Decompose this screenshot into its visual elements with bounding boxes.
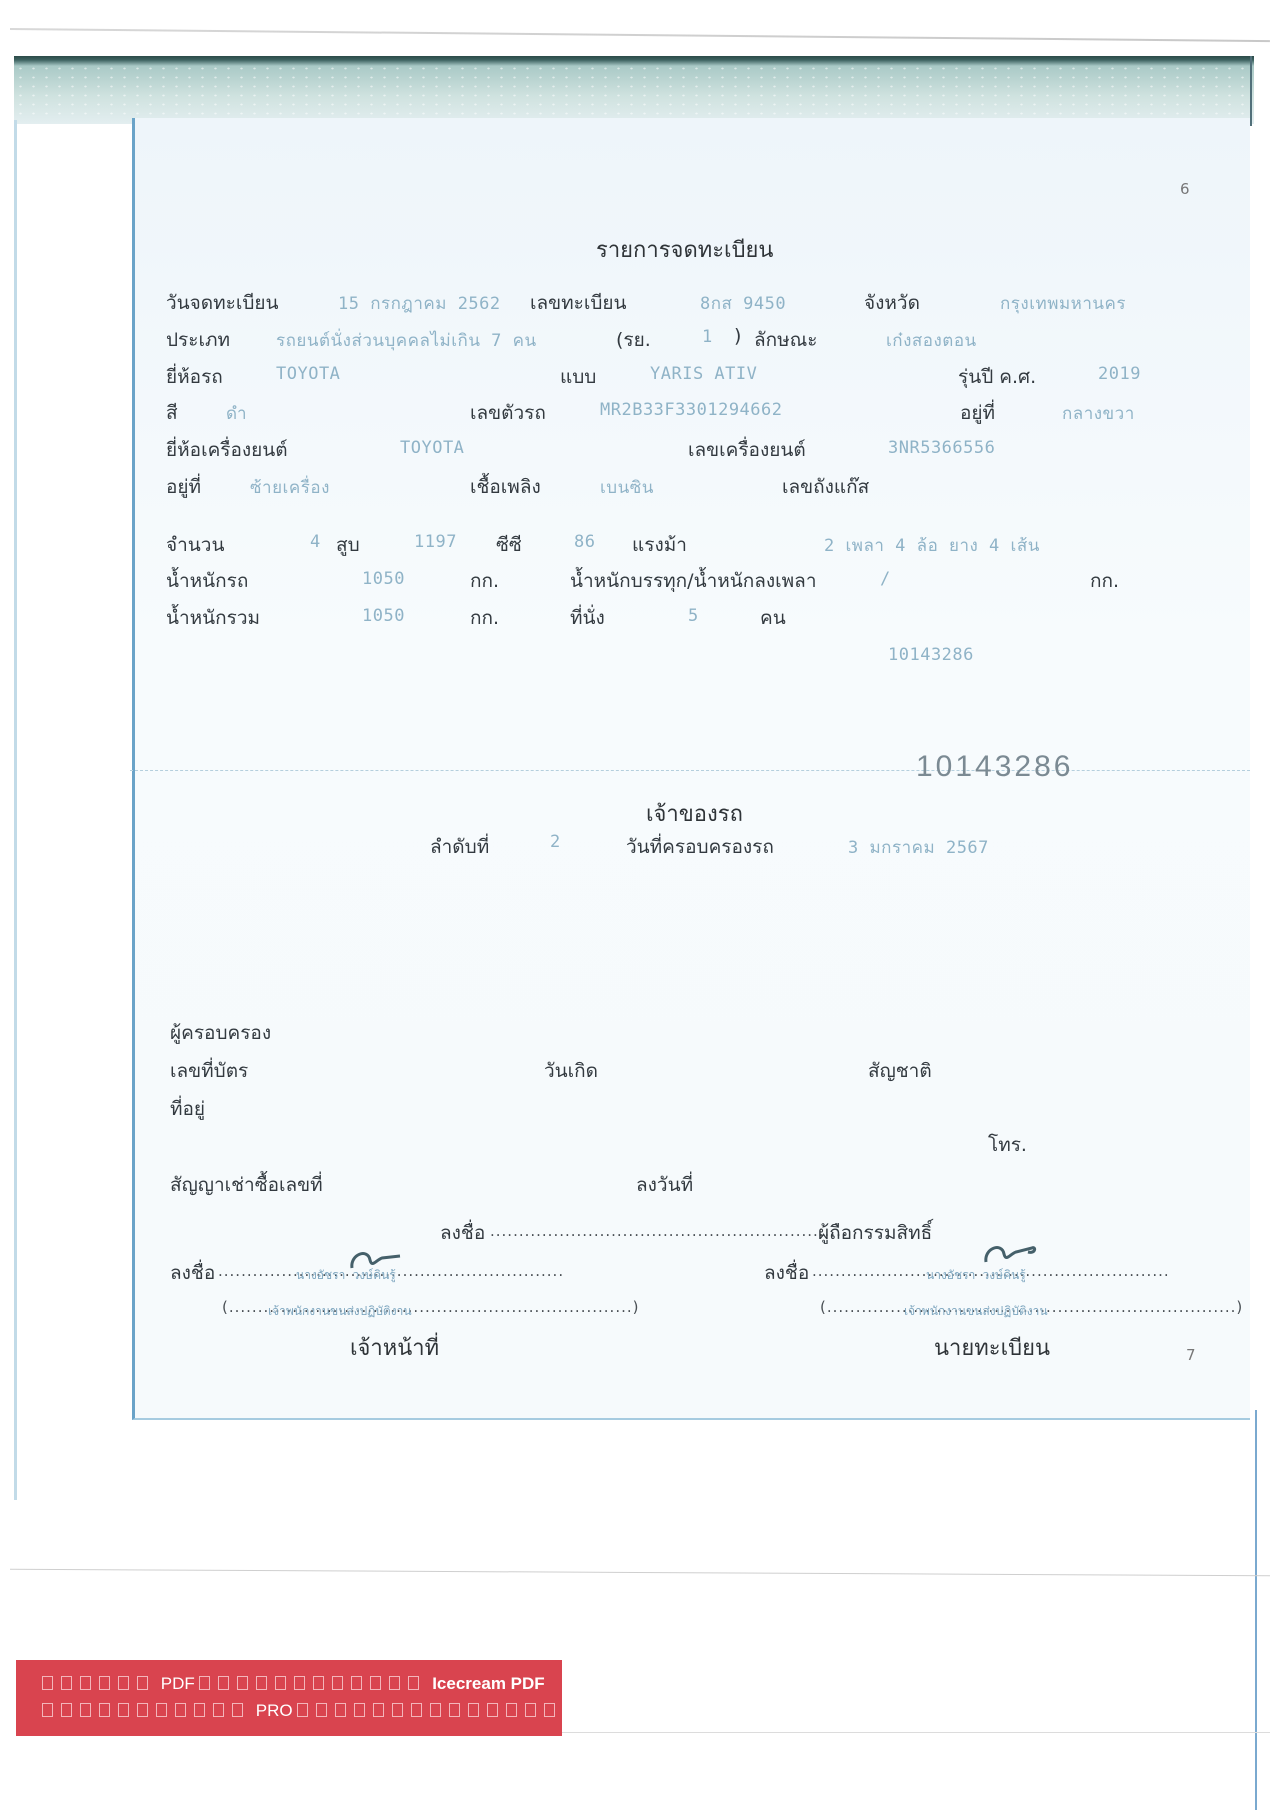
hp-value: 86 xyxy=(574,532,595,552)
gross-weight-value: 1050 xyxy=(362,606,405,626)
chassis-label: เลขตัวรถ xyxy=(470,398,546,428)
model-value: YARIS ATIV xyxy=(650,364,757,384)
watermark-brand: Icecream PDF xyxy=(432,1674,544,1693)
owner-role: ผู้ถือกรรมสิทธิ์ xyxy=(818,1218,932,1248)
missing-glyph-icon xyxy=(213,1703,224,1717)
missing-glyph-icon xyxy=(99,1676,110,1690)
lease-contract-label: สัญญาเช่าซื้อเลขที่ xyxy=(170,1170,323,1200)
registrar-role: นายทะเบียน xyxy=(934,1330,1050,1365)
missing-glyph-icon xyxy=(544,1703,555,1717)
cc-value: 1197 xyxy=(414,532,457,552)
seats-label: ที่นั่ง xyxy=(570,603,605,633)
watermark-line-2: PRO xyxy=(42,1697,536,1724)
officer-name: นางอัชรา วงษ์คินรู้ xyxy=(296,1266,396,1285)
missing-glyph-icon xyxy=(137,1676,148,1690)
owner-sign-line: ........................................… xyxy=(490,1222,848,1240)
missing-glyph-icon xyxy=(237,1676,248,1690)
missing-glyph-icon xyxy=(389,1676,400,1690)
registrar-name: นางอัชรา วงษ์คินรู้ xyxy=(926,1266,1026,1285)
officer-position: เจ้าพนักงานขนส่งปฏิบัติงาน xyxy=(268,1302,412,1321)
payload-label: น้ำหนักบรรทุก/น้ำหนักลงเพลา xyxy=(570,566,817,596)
page-separator-lower xyxy=(560,1732,1270,1733)
missing-glyph-icon xyxy=(449,1703,460,1717)
missing-glyph-icon xyxy=(373,1703,384,1717)
missing-glyph-icon xyxy=(199,1676,210,1690)
missing-glyph-icon xyxy=(408,1676,419,1690)
missing-glyph-icon xyxy=(392,1703,403,1717)
engine-no-value: 3NR5366556 xyxy=(888,438,995,458)
missing-glyph-icon xyxy=(256,1676,267,1690)
page-separator xyxy=(10,1569,1270,1577)
missing-glyph-icon xyxy=(218,1676,229,1690)
owner-sign-label: ลงชื่อ xyxy=(440,1218,485,1248)
missing-glyph-icon xyxy=(332,1676,343,1690)
style-label: ลักษณะ xyxy=(754,325,818,355)
missing-glyph-icon xyxy=(506,1703,517,1717)
weight-unit: กก. xyxy=(470,566,499,596)
owner-title: เจ้าของรถ xyxy=(646,796,743,831)
missing-glyph-icon xyxy=(275,1676,286,1690)
brand-label: ยี่ห้อรถ xyxy=(166,362,223,392)
weight-label: น้ำหนักรถ xyxy=(166,566,248,596)
plate-value: 8กส 9450 xyxy=(700,290,786,317)
address-label: ที่อยู่ xyxy=(170,1094,205,1124)
officer-sign-label: ลงชื่อ xyxy=(170,1258,215,1288)
page-number-top: 6 xyxy=(1180,180,1190,198)
watermark-pdf-text: PDF xyxy=(161,1674,195,1693)
serial-number-large: 10143286 xyxy=(916,750,1073,784)
type-value: รถยนต์นั่งส่วนบุคคลไม่เกิน 7 คน xyxy=(276,327,537,354)
weight-value: 1050 xyxy=(362,569,405,589)
page-number-bottom: 7 xyxy=(1186,1346,1196,1364)
seats-unit: คน xyxy=(760,603,786,633)
hp-unit: แรงม้า xyxy=(632,530,687,560)
page-right-edge xyxy=(1255,1410,1257,1810)
style-value: เก๋งสองตอน xyxy=(886,327,977,354)
missing-glyph-icon xyxy=(137,1703,148,1717)
scan-edge-line xyxy=(10,28,1270,42)
province-value: กรุงเทพมหานคร xyxy=(1000,290,1126,317)
missing-glyph-icon xyxy=(99,1703,110,1717)
chassis-location-label: อยู่ที่ xyxy=(960,398,995,428)
class-label: (รย. xyxy=(616,325,651,355)
missing-glyph-icon xyxy=(468,1703,479,1717)
cc-unit: ซีซี xyxy=(496,530,522,560)
chassis-location-value: กลางขวา xyxy=(1062,400,1135,427)
province-label: จังหวัด xyxy=(864,288,920,318)
missing-glyph-icon xyxy=(335,1703,346,1717)
payload-value: / xyxy=(880,569,891,589)
missing-glyph-icon xyxy=(316,1703,327,1717)
missing-glyph-icon xyxy=(351,1676,362,1690)
payload-unit: กก. xyxy=(1090,566,1119,596)
possessor-title: ผู้ครอบครอง xyxy=(170,1018,271,1048)
missing-glyph-icon xyxy=(525,1703,536,1717)
engine-location-label: อยู่ที่ xyxy=(166,472,201,502)
missing-glyph-icon xyxy=(118,1676,129,1690)
engine-brand-value: TOYOTA xyxy=(400,438,464,458)
cylinders-value: 4 xyxy=(310,532,321,552)
missing-glyph-icon xyxy=(313,1676,324,1690)
fuel-value: เบนซิน xyxy=(600,474,654,501)
fold-line xyxy=(130,770,1250,771)
missing-glyph-icon xyxy=(294,1676,305,1690)
fuel-label: เชื้อเพลิง xyxy=(470,472,541,502)
possession-date-value: 3 มกราคม 2567 xyxy=(848,834,989,861)
model-label: แบบ xyxy=(560,362,596,392)
axle-value: 2 เพลา 4 ล้อ ยาง 4 เส้น xyxy=(824,532,1040,559)
missing-glyph-icon xyxy=(297,1703,308,1717)
nationality-label: สัญชาติ xyxy=(868,1056,932,1086)
icecream-pdf-watermark: PDF Icecream PDF PRO xyxy=(16,1660,562,1736)
missing-glyph-icon xyxy=(370,1676,381,1690)
color-label: สี xyxy=(166,398,178,428)
registrar-sign-label: ลงชื่อ xyxy=(764,1258,809,1288)
plate-label: เลขทะเบียน xyxy=(530,288,627,318)
possession-date-label: วันที่ครอบครองรถ xyxy=(626,832,774,862)
missing-glyph-icon xyxy=(42,1703,53,1717)
missing-glyph-icon xyxy=(487,1703,498,1717)
missing-glyph-icon xyxy=(232,1703,243,1717)
officer-role: เจ้าหน้าที่ xyxy=(350,1330,439,1365)
phone-label: โทร. xyxy=(988,1130,1027,1160)
year-label: รุ่นปี ค.ศ. xyxy=(958,362,1036,392)
seats-value: 5 xyxy=(688,606,699,626)
class-close: ) xyxy=(734,325,741,347)
missing-glyph-icon xyxy=(156,1703,167,1717)
gas-tank-label: เลขถังแก๊ส xyxy=(782,472,869,502)
owner-order-value: 2 xyxy=(550,832,561,852)
chassis-value: MR2B33F3301294662 xyxy=(600,400,783,420)
serial-number-small: 10143286 xyxy=(888,645,974,665)
reg-date-label: วันจดทะเบียน xyxy=(166,288,279,318)
missing-glyph-icon xyxy=(80,1676,91,1690)
scan-left-edge xyxy=(14,120,17,1500)
scan-right-edge xyxy=(1250,56,1252,126)
owner-order-label: ลำดับที่ xyxy=(430,832,489,862)
missing-glyph-icon xyxy=(61,1676,72,1690)
registration-title: รายการจดทะเบียน xyxy=(596,232,773,267)
engine-brand-label: ยี่ห้อเครื่องยนต์ xyxy=(166,435,288,465)
reg-date-value: 15 กรกฎาคม 2562 xyxy=(338,290,501,317)
engine-location-value: ซ้ายเครื่อง xyxy=(250,474,330,501)
missing-glyph-icon xyxy=(411,1703,422,1717)
gross-weight-unit: กก. xyxy=(470,603,499,633)
missing-glyph-icon xyxy=(61,1703,72,1717)
missing-glyph-icon xyxy=(42,1676,53,1690)
watermark-pro-text: PRO xyxy=(256,1701,293,1720)
year-value: 2019 xyxy=(1098,364,1141,384)
missing-glyph-icon xyxy=(354,1703,365,1717)
missing-glyph-icon xyxy=(80,1703,91,1717)
missing-glyph-icon xyxy=(194,1703,205,1717)
lease-date-label: ลงวันที่ xyxy=(636,1170,693,1200)
missing-glyph-icon xyxy=(430,1703,441,1717)
type-label: ประเภท xyxy=(166,325,230,355)
cylinders-unit: สูบ xyxy=(336,530,360,560)
scan-speckle xyxy=(14,64,1254,120)
id-card-label: เลขที่บัตร xyxy=(170,1056,248,1086)
brand-value: TOYOTA xyxy=(276,364,340,384)
class-value: 1 xyxy=(702,327,713,347)
watermark-line-1: PDF Icecream PDF xyxy=(42,1670,536,1697)
missing-glyph-icon xyxy=(175,1703,186,1717)
cylinders-label: จำนวน xyxy=(166,530,224,560)
missing-glyph-icon xyxy=(118,1703,129,1717)
gross-weight-label: น้ำหนักรวม xyxy=(166,603,260,633)
birth-date-label: วันเกิด xyxy=(544,1056,598,1086)
color-value: ดำ xyxy=(226,400,247,427)
registrar-position: เจ้าพนักงานขนส่งปฏิบัติงาน xyxy=(904,1302,1048,1321)
engine-no-label: เลขเครื่องยนต์ xyxy=(688,435,806,465)
